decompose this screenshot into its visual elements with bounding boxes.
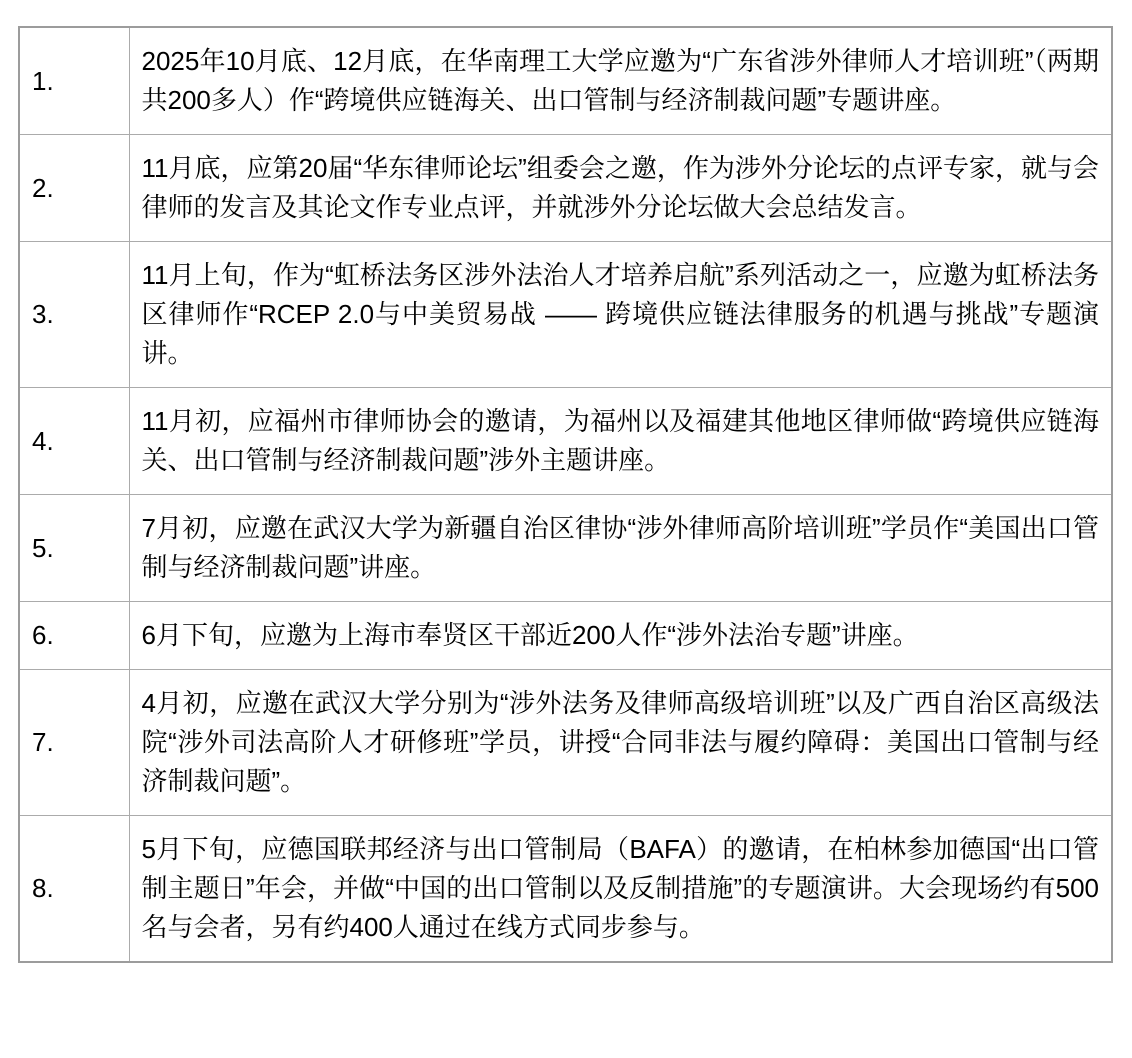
row-number: 3. xyxy=(19,242,129,388)
row-content: 5月下旬，应德国联邦经济与出口管制局（BAFA）的邀请，在柏林参加德国“出口管制… xyxy=(129,816,1112,963)
table-row: 8.5月下旬，应德国联邦经济与出口管制局（BAFA）的邀请，在柏林参加德国“出口… xyxy=(19,816,1112,963)
row-number: 5. xyxy=(19,495,129,602)
row-content: 4月初，应邀在武汉大学分别为“涉外法务及律师高级培训班”以及广西自治区高级法院“… xyxy=(129,670,1112,816)
table-row: 5.7月初，应邀在武汉大学为新疆自治区律协“涉外律师高阶培训班”学员作“美国出口… xyxy=(19,495,1112,602)
row-content: 7月初，应邀在武汉大学为新疆自治区律协“涉外律师高阶培训班”学员作“美国出口管制… xyxy=(129,495,1112,602)
row-content: 11月底，应第20届“华东律师论坛”组委会之邀，作为涉外分论坛的点评专家，就与会… xyxy=(129,135,1112,242)
document-page: 1.2025年10月底、12月底，在华南理工大学应邀为“广东省涉外律师人才培训班… xyxy=(0,0,1132,1058)
table-row: 4.11月初，应福州市律师协会的邀请，为福州以及福建其他地区律师做“跨境供应链海… xyxy=(19,388,1112,495)
table-row: 1.2025年10月底、12月底，在华南理工大学应邀为“广东省涉外律师人才培训班… xyxy=(19,27,1112,135)
row-number: 7. xyxy=(19,670,129,816)
row-number: 6. xyxy=(19,602,129,670)
row-number: 8. xyxy=(19,816,129,963)
row-number: 2. xyxy=(19,135,129,242)
table-row: 3.11月上旬，作为“虹桥法务区涉外法治人才培养启航”系列活动之一，应邀为虹桥法… xyxy=(19,242,1112,388)
row-content: 11月上旬，作为“虹桥法务区涉外法治人才培养启航”系列活动之一，应邀为虹桥法务区… xyxy=(129,242,1112,388)
table-row: 6.6月下旬，应邀为上海市奉贤区干部近200人作“涉外法治专题”讲座。 xyxy=(19,602,1112,670)
row-content: 2025年10月底、12月底，在华南理工大学应邀为“广东省涉外律师人才培训班”（… xyxy=(129,27,1112,135)
row-content: 6月下旬，应邀为上海市奉贤区干部近200人作“涉外法治专题”讲座。 xyxy=(129,602,1112,670)
row-number: 1. xyxy=(19,27,129,135)
row-number: 4. xyxy=(19,388,129,495)
table-row: 2.11月底，应第20届“华东律师论坛”组委会之邀，作为涉外分论坛的点评专家，就… xyxy=(19,135,1112,242)
row-content: 11月初，应福州市律师协会的邀请，为福州以及福建其他地区律师做“跨境供应链海关、… xyxy=(129,388,1112,495)
events-table: 1.2025年10月底、12月底，在华南理工大学应邀为“广东省涉外律师人才培训班… xyxy=(18,26,1113,963)
events-table-body: 1.2025年10月底、12月底，在华南理工大学应邀为“广东省涉外律师人才培训班… xyxy=(19,27,1112,962)
table-row: 7.4月初，应邀在武汉大学分别为“涉外法务及律师高级培训班”以及广西自治区高级法… xyxy=(19,670,1112,816)
